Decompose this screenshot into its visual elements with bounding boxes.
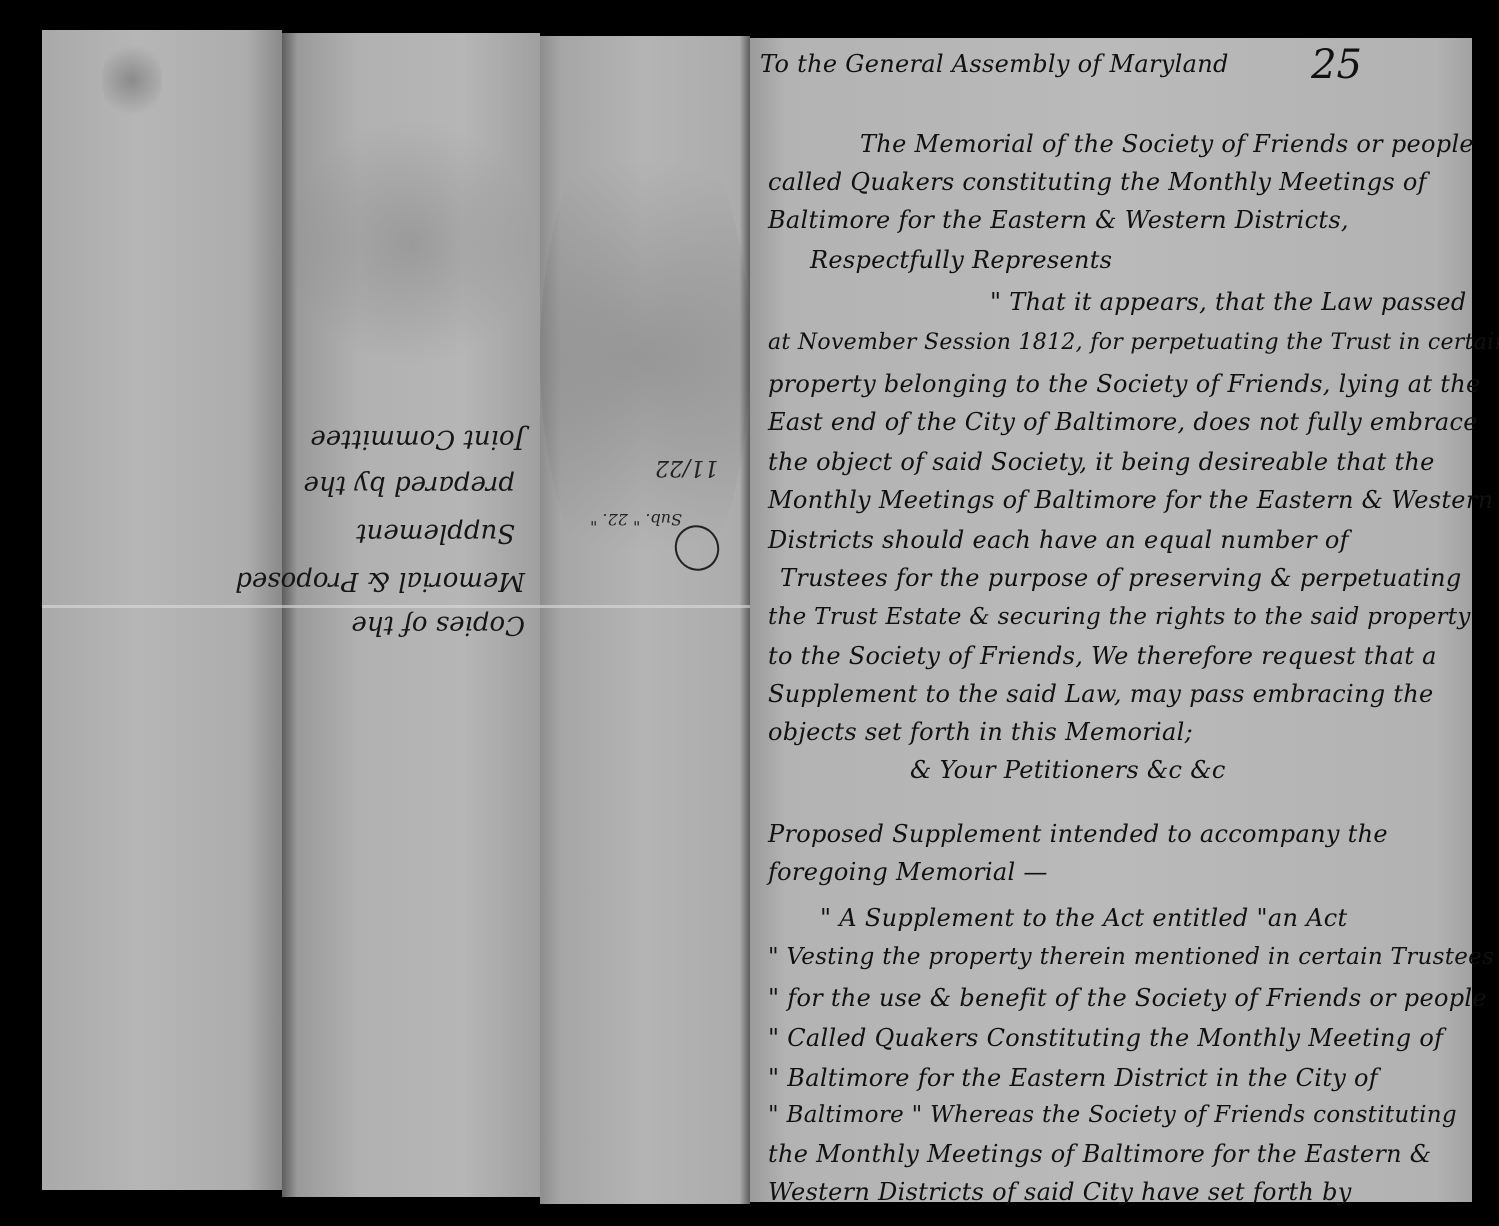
- memorial-line: Baltimore for the Eastern & Western Dist…: [768, 206, 1349, 234]
- memorial-line: objects set forth in this Memorial;: [768, 718, 1193, 746]
- supplement-line: " Baltimore " Whereas the Society of Fri…: [768, 1102, 1457, 1128]
- supplement-line: " Baltimore for the Eastern District in …: [768, 1064, 1378, 1092]
- foxing-stain: [292, 113, 532, 373]
- docket-line: Supplement: [356, 518, 515, 548]
- date-notation: 11/22: [655, 455, 718, 480]
- docket-line: Copies of the: [351, 610, 525, 640]
- memorial-line: Supplement to the said Law, may pass emb…: [768, 680, 1434, 708]
- docket-line: prepared by the: [303, 470, 515, 500]
- memorial-line: property belonging to the Society of Fri…: [768, 370, 1481, 398]
- memorial-line: Districts should each have an equal numb…: [768, 526, 1349, 554]
- memorial-line: Monthly Meetings of Baltimore for the Ea…: [768, 486, 1493, 514]
- supplement-heading-line: Proposed Supplement intended to accompan…: [768, 820, 1388, 848]
- supplement-line: the Monthly Meetings of Baltimore for th…: [768, 1140, 1431, 1168]
- panel-back-left: [42, 30, 282, 1190]
- address-line: To the General Assembly of Maryland: [760, 50, 1229, 78]
- page-number: 25: [1311, 42, 1362, 88]
- supplement-line: " Called Quakers Constituting the Monthl…: [768, 1024, 1443, 1052]
- memorial-line: Trustees for the purpose of preserving &…: [780, 564, 1462, 592]
- memorial-line: & Your Petitioners &c &c: [910, 756, 1226, 784]
- memorial-line: East end of the City of Baltimore, does …: [768, 408, 1478, 436]
- docket-line: Memorial & Proposed: [235, 566, 525, 596]
- supplement-line: " A Supplement to the Act entitled "an A…: [820, 904, 1347, 932]
- supplement-line: " Vesting the property therein mentioned…: [768, 944, 1494, 970]
- memorial-line: the Trust Estate & securing the rights t…: [768, 604, 1471, 630]
- filing-notation: Sub. " 22. ": [590, 510, 682, 529]
- supplement-heading-line: foregoing Memorial —: [768, 858, 1048, 886]
- panel-back-notations: [540, 36, 750, 1204]
- memorial-page: 25 To the General Assembly of Maryland T…: [750, 38, 1472, 1202]
- supplement-line: " for the use & benefit of the Society o…: [768, 984, 1487, 1012]
- supplement-line: Western Districts of said City have set …: [768, 1178, 1352, 1206]
- memorial-line: called Quakers constituting the Monthly …: [768, 168, 1427, 196]
- docket: Copies of the Memorial & Proposed Supple…: [285, 360, 525, 640]
- memorial-line: " That it appears, that the Law passed: [990, 288, 1467, 316]
- memorial-line: The Memorial of the Society of Friends o…: [860, 130, 1474, 158]
- foxing-stain: [540, 96, 750, 616]
- memorial-line: to the Society of Friends, We therefore …: [768, 642, 1437, 670]
- docket-line: Joint Committee: [310, 424, 525, 454]
- memorial-line: the object of said Society, it being des…: [768, 448, 1435, 476]
- memorial-line: at November Session 1812, for perpetuati…: [768, 330, 1499, 355]
- ink-stain: [102, 40, 162, 120]
- memorial-line: Respectfully Represents: [810, 246, 1112, 274]
